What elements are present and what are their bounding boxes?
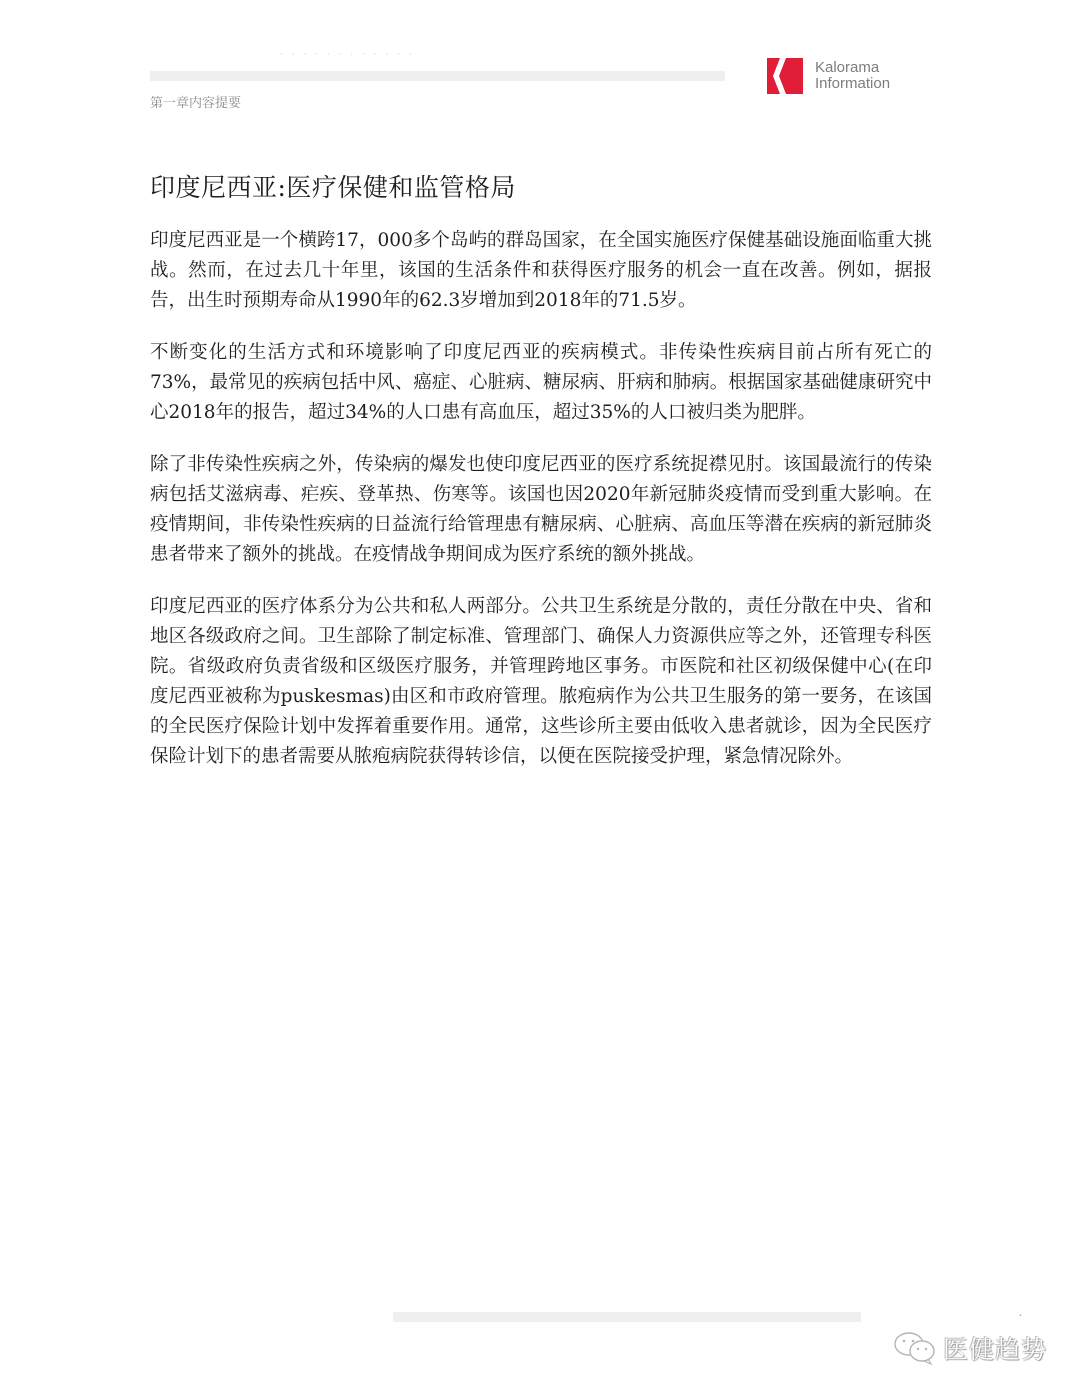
watermark-text: 医健趋势 xyxy=(943,1330,1047,1366)
document-body: 印度尼西亚是一个横跨17，000多个岛屿的群岛国家，在全国实施医疗保健基础设施面… xyxy=(150,226,932,794)
header-divider-bar xyxy=(150,71,725,81)
section-label: 第一章内容提要 xyxy=(150,92,241,111)
wechat-watermark: 医健趋势 xyxy=(893,1330,1047,1366)
kalorama-logo: Kalorama Information xyxy=(767,58,890,94)
logo-line-2: Information xyxy=(815,76,890,92)
footer-tick-mark: ˊ xyxy=(1018,1314,1022,1323)
wechat-icon xyxy=(893,1331,937,1365)
footer-divider-bar xyxy=(393,1312,861,1322)
kalorama-k-logo-icon xyxy=(767,58,803,94)
faint-header-text: · · · · · · · · · · · · xyxy=(280,50,415,60)
paragraph-3: 除了非传染性疾病之外，传染病的爆发也使印度尼西亚的医疗系统捉襟见肘。该国最流行的… xyxy=(150,450,932,570)
paragraph-2: 不断变化的生活方式和环境影响了印度尼西亚的疾病模式。非传染性疾病目前占所有死亡的… xyxy=(150,338,932,428)
page-title: 印度尼西亚:医疗保健和监管格局 xyxy=(150,168,516,204)
logo-text: Kalorama Information xyxy=(815,60,890,92)
paragraph-4: 印度尼西亚的医疗体系分为公共和私人两部分。公共卫生系统是分散的，责任分散在中央、… xyxy=(150,592,932,772)
logo-line-1: Kalorama xyxy=(815,60,890,76)
paragraph-1: 印度尼西亚是一个横跨17，000多个岛屿的群岛国家，在全国实施医疗保健基础设施面… xyxy=(150,226,932,316)
